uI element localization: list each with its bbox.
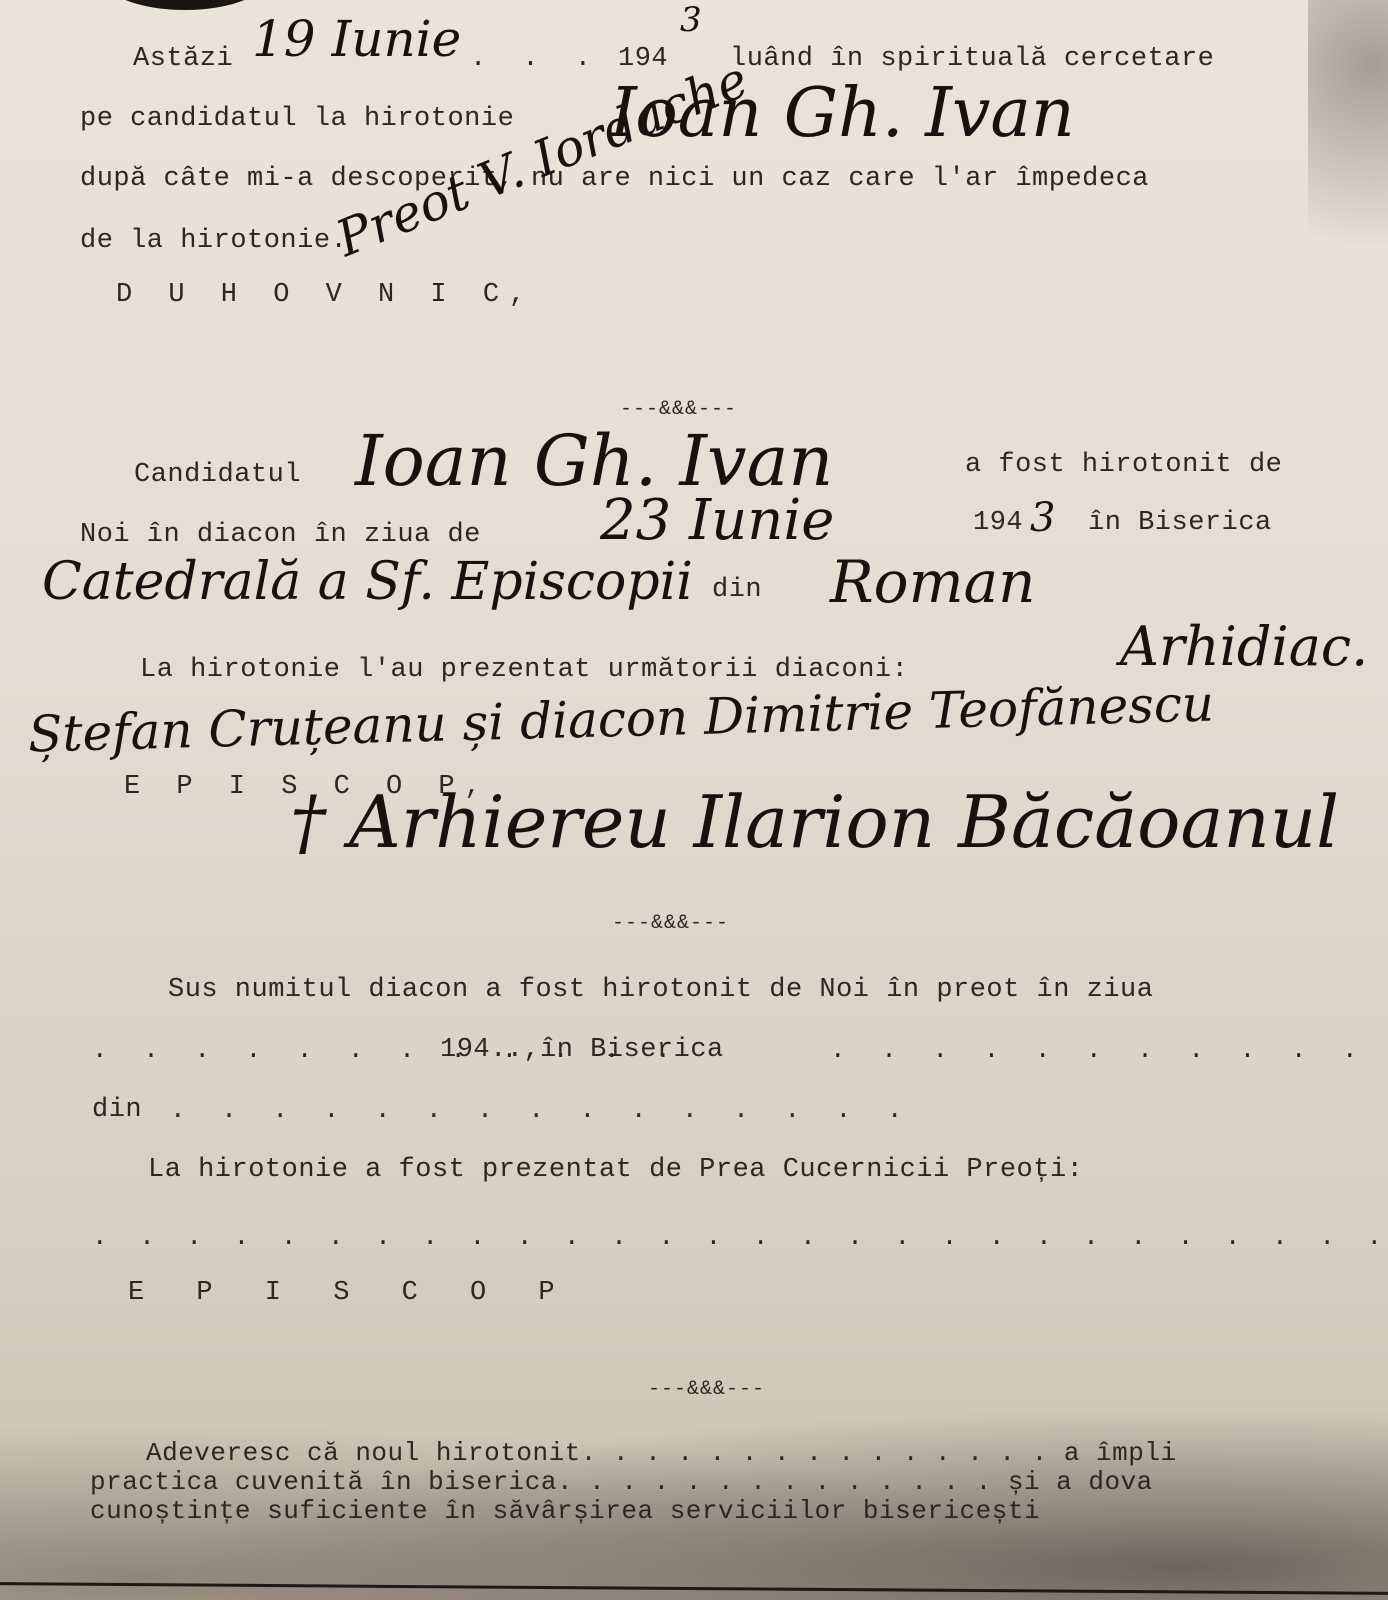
certificate-line3: cunoștințe suficiente în săvârșirea serv… — [90, 1496, 1040, 1526]
scanned-document-page: Astăzi 19 Iunie . . . 194 3 luând în spi… — [0, 0, 1388, 1600]
certificate-line2: practica cuvenită în biserica. . . . . .… — [90, 1467, 1153, 1497]
handwritten-deacons-line2: Ștefan Cruțeanu și diacon Dimitrie Teofă… — [27, 674, 1214, 763]
separator-1: ---&&&--- — [620, 398, 737, 421]
handwritten-year-digit-1: 3 — [680, 0, 702, 40]
dots-line2-right: . . . . . . . . . . . . . . — [830, 1035, 1388, 1065]
handwritten-church-name: Catedrală a Sf. Episcopii — [42, 552, 693, 612]
typed-year-2: 194 — [973, 508, 1023, 538]
handwritten-deacons-line1: Arhidiac. — [1120, 615, 1368, 678]
toner-speckle-right — [1308, 0, 1388, 320]
church-label-2: în Biserica — [540, 1035, 724, 1065]
handwritten-city: Roman — [830, 548, 1036, 616]
candidate-label: Candidatul — [134, 460, 301, 490]
handwritten-date-2: 23 Iunie — [600, 488, 834, 553]
date-dots-1: . . . — [470, 44, 601, 74]
priest-ordination-line: Sus numitul diacon a fost hirotonit de N… — [168, 975, 1153, 1005]
presented-priests-dots: . . . . . . . . . . . . . . . . . . . . … — [92, 1222, 1388, 1252]
bishop-signature: † Arhiereu Ilarion Băcăoanul — [290, 780, 1339, 864]
line1-rest: luând în spirituală cercetare — [730, 44, 1214, 74]
din-label: din — [712, 575, 762, 605]
astazi-label: Astăzi — [133, 44, 233, 74]
line4-text: de la hirotonie. — [80, 226, 347, 256]
dots-line3: . . . . . . . . . . . . . . . — [170, 1095, 912, 1125]
presented-priests-text: La hirotonie a fost prezentat de Prea Cu… — [148, 1155, 1083, 1185]
episcop-title-2: E P I S C O P — [128, 1278, 573, 1308]
candidate-line-label: pe candidatul la hirotonie — [80, 104, 514, 134]
line3-text: după câte mi-a descoperit, nu are nici u… — [80, 164, 1149, 194]
deacon-date-line: Noi în diacon în ziua de — [80, 520, 481, 550]
church-label: în Biserica — [1088, 508, 1272, 538]
separator-3: ---&&&--- — [648, 1378, 765, 1401]
duhovnic-signature: Preot V. Iordache — [328, 50, 756, 268]
duhovnic-title: D U H O V N I C, — [116, 280, 535, 310]
certificate-line1: Adeveresc că noul hirotonit. . . . . . .… — [146, 1438, 1177, 1468]
typed-year-1: 194 — [618, 44, 668, 74]
handwritten-year-digit-2: 3 — [1030, 495, 1055, 541]
year-placeholder: 194.., — [440, 1035, 540, 1065]
separator-2: ---&&&--- — [612, 912, 729, 935]
presented-deacons-text: La hirotonie l'au prezentat următorii di… — [140, 655, 908, 685]
handwritten-date-1: 19 Iunie — [252, 10, 461, 68]
punch-hole-shadow — [100, 0, 270, 10]
din-label-2: din — [92, 1095, 142, 1125]
ordained-text: a fost hirotonit de — [965, 450, 1282, 480]
